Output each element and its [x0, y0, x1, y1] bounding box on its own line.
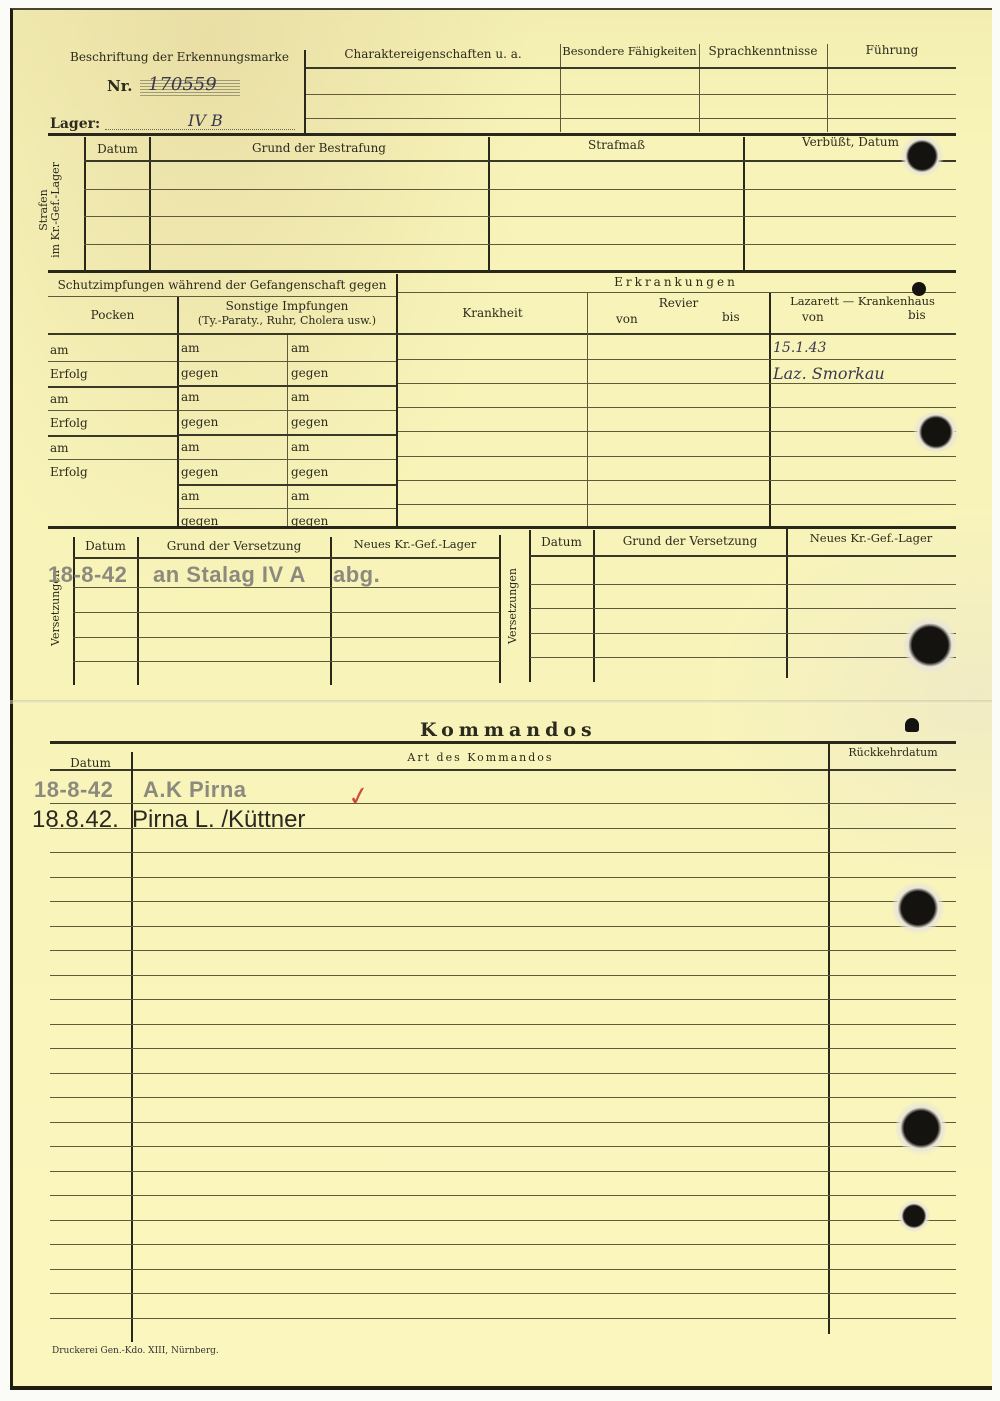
impfungen-col-sonstige-1: Sonstige Impfungen	[178, 299, 396, 313]
kommandos-col-datum: Datum	[50, 756, 131, 770]
versetzungen2-side-label: Versetzungen	[507, 561, 519, 651]
ruled-line	[50, 803, 956, 804]
sonstige-a-row-4: gegen	[181, 415, 218, 429]
ruled-line	[50, 1244, 956, 1245]
ruled-line	[50, 1318, 956, 1319]
ruled-line	[50, 1293, 956, 1294]
sonstige-a-row-5: am	[181, 440, 200, 454]
lazarett-entry-date: 15.1.43	[773, 340, 826, 356]
erkrankungen-title: Erkrankungen	[398, 275, 954, 289]
col-sprachkenntnisse: Sprachkenntnisse	[699, 44, 827, 58]
versetzung-entry-grund: an Stalag IV A	[153, 562, 306, 588]
punch-hole-icon	[904, 615, 956, 675]
versetzung-entry-lager: abg.	[333, 562, 380, 588]
nr-label: Nr.	[107, 77, 132, 95]
sonstige-b-row-1: am	[291, 341, 310, 355]
strafen-side-label-2: im Kr.-Gef.-Lager	[50, 155, 62, 265]
sonstige-a-row-1: am	[181, 341, 200, 355]
ruled-line	[50, 1048, 956, 1049]
erkrankungen-col-krankheit: Krankheit	[398, 306, 587, 320]
revier-von: von	[616, 312, 638, 326]
lazarett-bis: bis	[908, 308, 926, 322]
sonstige-a-row-2: gegen	[181, 366, 218, 380]
sonstige-a-row-3: am	[181, 390, 200, 404]
ruled-line	[50, 1146, 956, 1147]
kommando-entry-1-art: A.K Pirna	[143, 777, 247, 803]
sonstige-b-row-4: gegen	[291, 415, 328, 429]
punch-hole-icon	[900, 136, 944, 176]
strafen-col-strafmass: Strafmaß	[490, 138, 743, 152]
sonstige-b-row-5: am	[291, 440, 310, 454]
col-charaktereigenschaften: Charaktereigenschaften u. a.	[306, 47, 560, 61]
erkrankungen-col-lazarett: Lazarett — Krankenhaus	[771, 294, 954, 308]
lager-label: Lager:	[50, 116, 100, 132]
versetzungen-col-datum: Datum	[74, 539, 137, 553]
versetzung-entry-datum: 18-8-42	[48, 562, 127, 588]
ruled-line	[50, 926, 956, 927]
ruled-line	[50, 852, 956, 853]
ruled-line	[50, 975, 956, 976]
punch-hole-icon	[905, 718, 919, 732]
ruled-line	[50, 1220, 956, 1221]
lazarett-von: von	[802, 310, 824, 324]
versetzungen2-col-lager: Neues Kr.-Gef.-Lager	[787, 531, 955, 545]
ruled-line	[50, 901, 956, 902]
lager-value: IV B	[188, 111, 223, 130]
printer-footer: Druckerei Gen.-Kdo. XIII, Nürnberg.	[52, 1346, 219, 1356]
punch-hole-icon	[896, 1100, 946, 1156]
ruled-line	[50, 1171, 956, 1172]
ruled-line	[50, 1122, 956, 1123]
sonstige-b-row-7: am	[291, 489, 310, 503]
kommandos-title: Kommandos	[420, 719, 597, 741]
fold-crease	[10, 700, 992, 704]
punch-hole-icon	[912, 282, 926, 296]
erkennungsmarke-heading: Beschriftung der Erkennungsmarke	[70, 50, 289, 64]
ruled-line	[50, 1073, 956, 1074]
pocken-row-1: am	[50, 343, 69, 357]
versetzungen2-col-grund: Grund der Versetzung	[594, 534, 786, 548]
impfungen-title: Schutzimpfungen während der Gefangenscha…	[48, 278, 396, 292]
ruled-line	[50, 950, 956, 951]
strafen-col-grund: Grund der Bestrafung	[150, 141, 488, 155]
kommando-entry-2-art: Pirna L. /Küttner	[132, 806, 305, 834]
col-besondere-faehigkeiten: Besondere Fähigkeiten	[560, 44, 699, 58]
kommandos-col-art: Art des Kommandos	[133, 751, 828, 764]
nr-value: 170559	[148, 74, 217, 95]
sonstige-a-row-6: gegen	[181, 465, 218, 479]
strafen-col-datum: Datum	[86, 142, 149, 156]
pocken-row-6: Erfolg	[50, 465, 88, 479]
revier-bis: bis	[722, 310, 740, 324]
kommando-entry-2-datum: 18.8.42.	[32, 806, 119, 834]
ruled-line	[50, 1195, 956, 1196]
col-fuehrung: Führung	[827, 43, 957, 57]
ruled-line	[50, 877, 956, 878]
kommando-entry-1-datum: 18-8-42	[34, 777, 113, 803]
ruled-line	[50, 1269, 956, 1270]
sonstige-b-row-2: gegen	[291, 366, 328, 380]
sonstige-b-row-6: gegen	[291, 465, 328, 479]
kommandos-col-rueckkehr: Rückkehrdatum	[830, 746, 956, 759]
sonstige-a-row-7: am	[181, 489, 200, 503]
versetzungen-col-lager: Neues Kr.-Gef.-Lager	[331, 537, 499, 551]
lazarett-entry-place: Laz. Smorkau	[773, 364, 885, 383]
strafen-side-label: Strafen im Kr.-Gef.-Lager	[38, 155, 62, 265]
punch-hole-icon	[912, 412, 960, 452]
ruled-line	[50, 1097, 956, 1098]
versetzungen-col-grund: Grund der Versetzung	[138, 539, 330, 553]
impfungen-col-pocken: Pocken	[48, 308, 177, 322]
erkrankungen-col-revier: Revier	[588, 296, 769, 310]
versetzungen2-col-datum: Datum	[530, 535, 593, 549]
ruled-line	[50, 1024, 956, 1025]
impfungen-col-sonstige-2: (Ty.-Paraty., Ruhr, Cholera usw.)	[178, 314, 396, 327]
pocken-row-2: Erfolg	[50, 367, 88, 381]
pocken-row-4: Erfolg	[50, 416, 88, 430]
sonstige-b-row-3: am	[291, 390, 310, 404]
punch-hole-icon	[898, 1200, 930, 1232]
punch-hole-icon	[892, 882, 944, 934]
pocken-row-3: am	[50, 392, 69, 406]
ruled-line	[50, 999, 956, 1000]
pocken-row-5: am	[50, 441, 69, 455]
